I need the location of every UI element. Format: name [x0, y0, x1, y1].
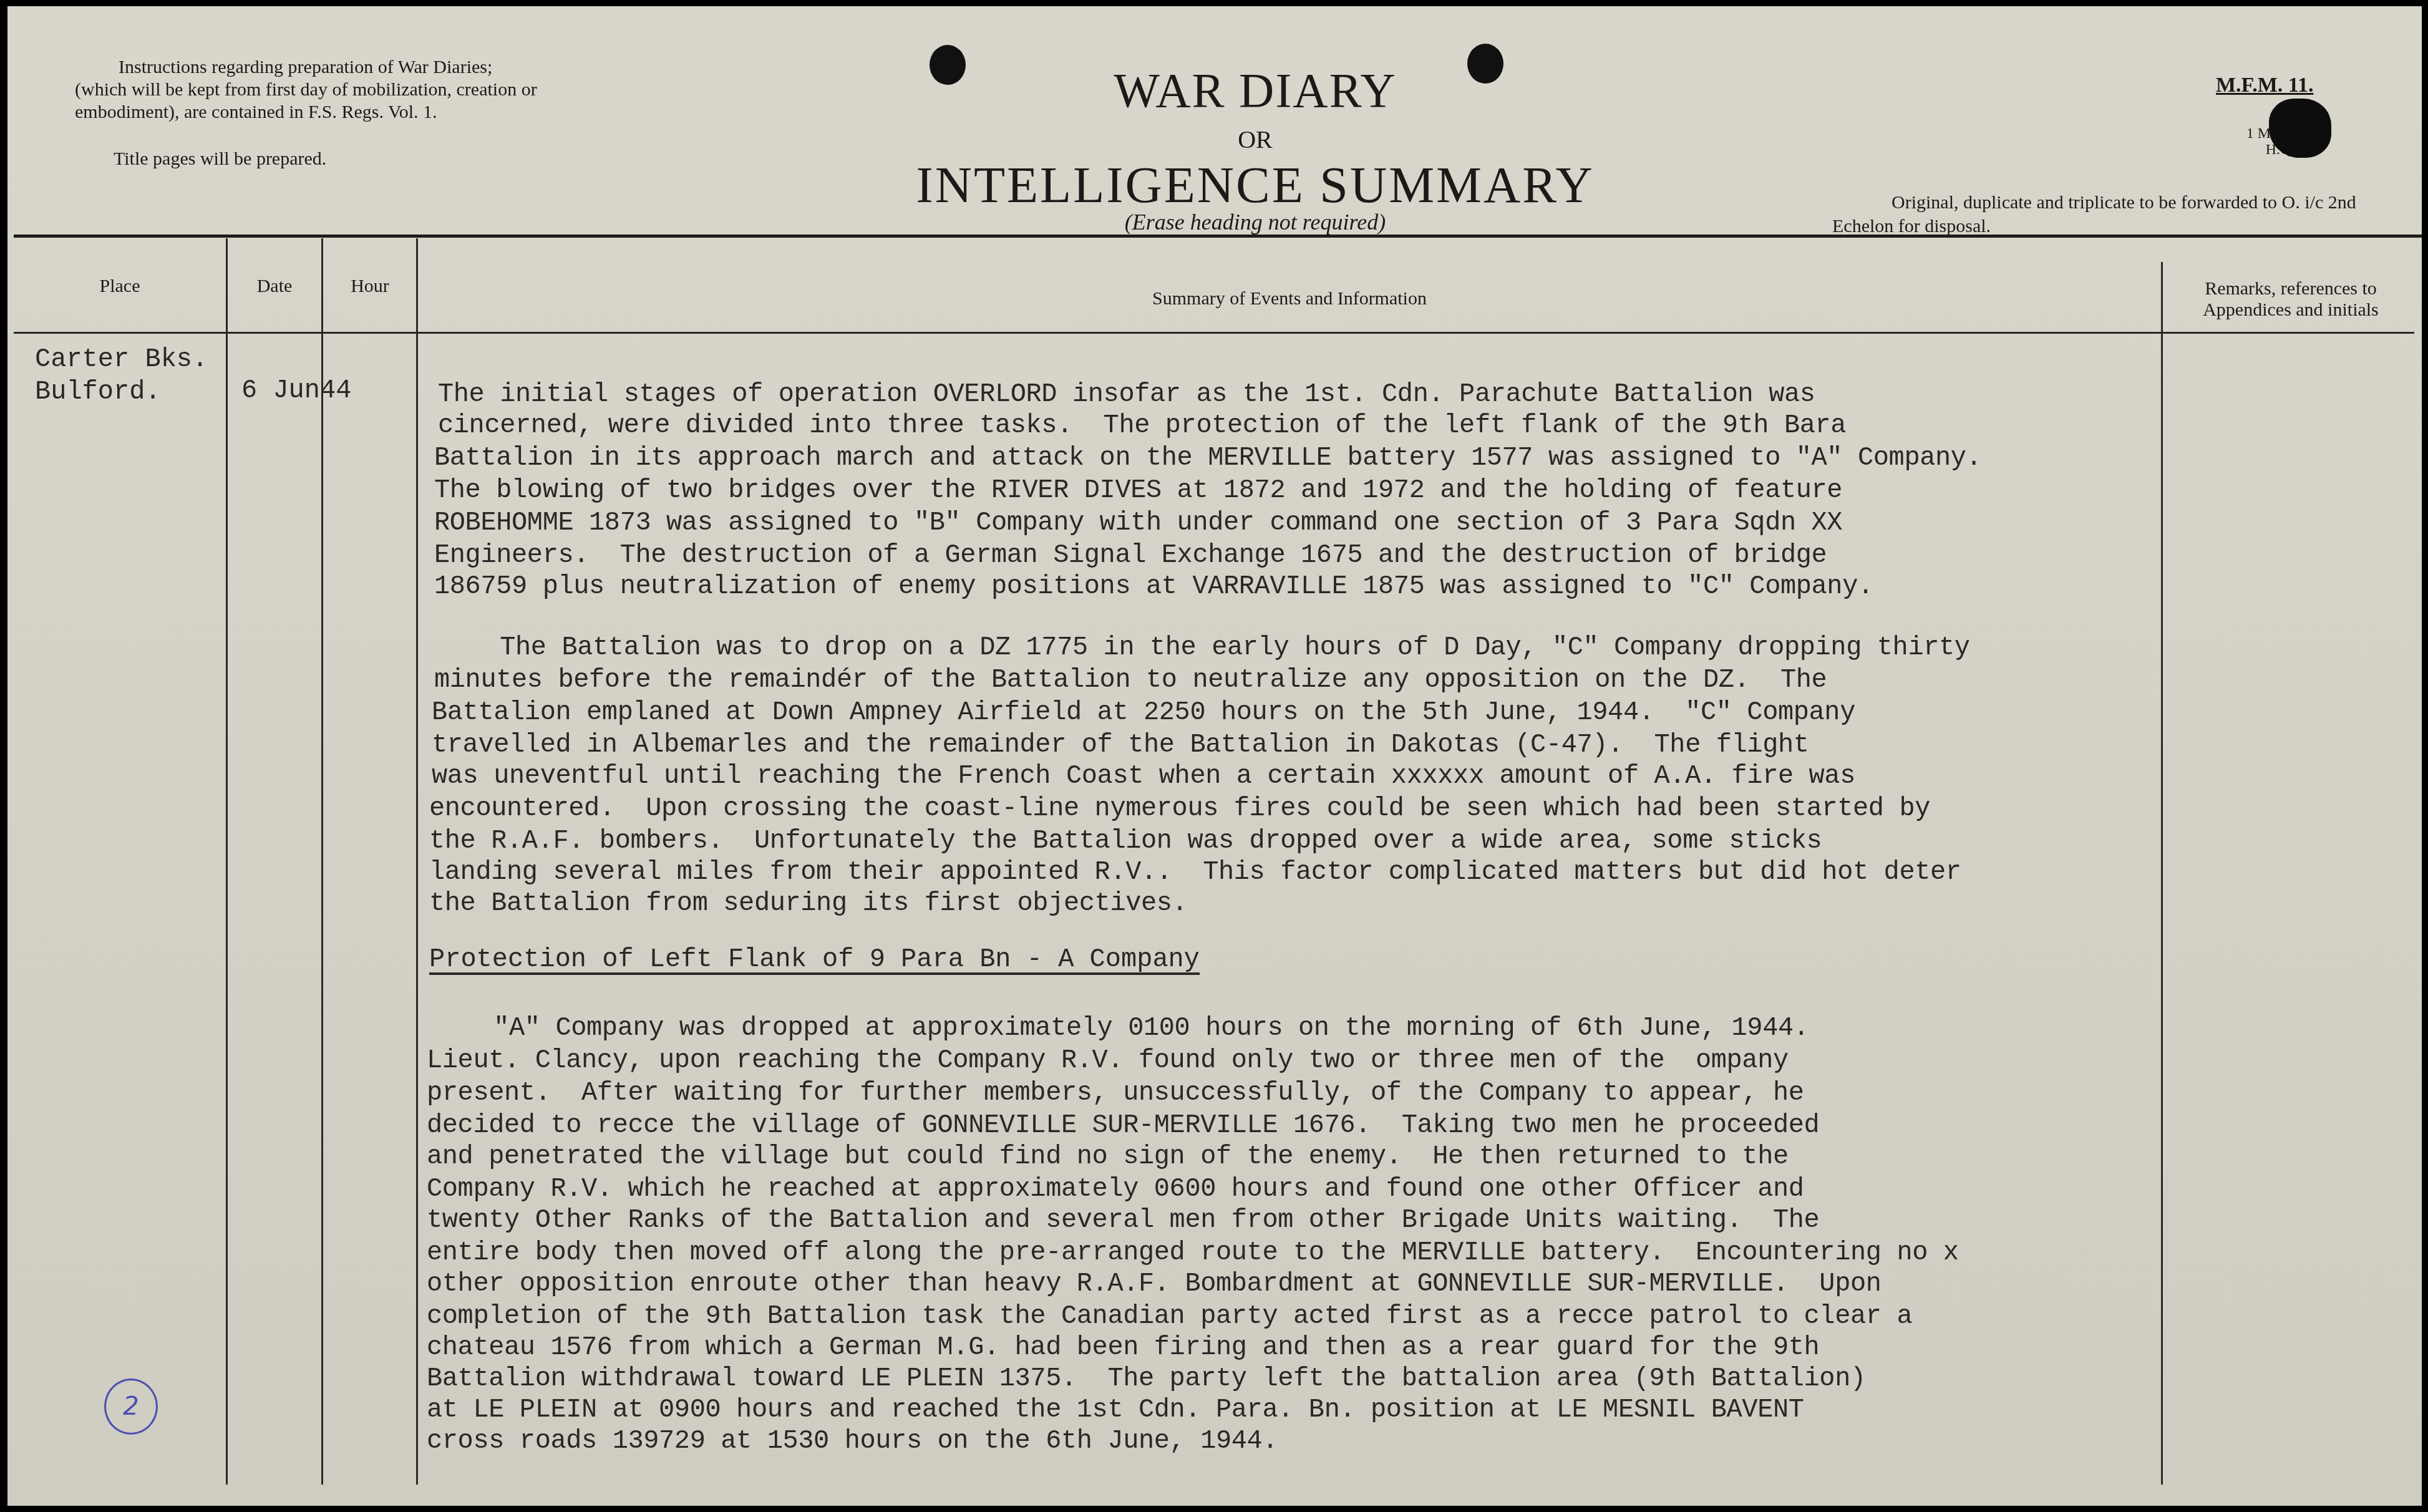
summary-line: landing several miles from their appoint…	[429, 857, 1961, 887]
summary-line: Company R.V. which he reached at approxi…	[427, 1174, 1804, 1204]
summary-line: decided to recce the village of GONNEVIL…	[427, 1110, 1819, 1140]
summary-line: The initial stages of operation OVERLORD…	[438, 379, 1815, 409]
column-divider	[226, 238, 228, 1485]
summary-line: Battalion emplaned at Down Ampney Airfie…	[432, 697, 1855, 727]
document-title: WAR DIARY	[943, 62, 1567, 119]
section-heading: Protection of Left Flank of 9 Para Bn - …	[429, 944, 1200, 974]
summary-line: cincerned, were divided into three tasks…	[438, 410, 1846, 440]
column-header-place: Place	[14, 276, 226, 297]
table-top-rule	[14, 235, 2422, 238]
war-diary-page: Instructions regarding preparation of Wa…	[7, 6, 2422, 1506]
summary-line: cross roads 139729 at 1530 hours on the …	[427, 1426, 1278, 1456]
page-number-annotation: 2	[104, 1379, 158, 1435]
column-header-date: Date	[228, 276, 321, 297]
summary-line: Engineers. The destruction of a German S…	[434, 540, 1827, 570]
erase-note: (Erase heading not required)	[943, 209, 1567, 235]
summary-line: ROBEHOMME 1873 was assigned to "B" Compa…	[434, 508, 1842, 538]
instructions-note: Instructions regarding preparation of Wa…	[75, 56, 549, 124]
summary-line: the R.A.F. bombers. Unfortunately the Ba…	[429, 826, 1822, 856]
form-number: M.F.M. 11.	[2216, 74, 2313, 97]
summary-line: 186759 plus neutralization of enemy posi…	[434, 571, 1873, 601]
summary-line: present. After waiting for further membe…	[427, 1078, 1804, 1108]
summary-line: entire body then moved off along the pre…	[427, 1238, 1959, 1267]
summary-line: twenty Other Ranks of the Battalion and …	[427, 1205, 1819, 1235]
column-header-remarks: Remarks, references to Appendices and in…	[2172, 278, 2409, 321]
place-line: Carter Bks.	[35, 343, 208, 376]
column-header-summary: Summary of Events and Information	[418, 288, 2161, 309]
column-divider	[2161, 262, 2163, 1485]
summary-line: minutes before the remaindér of the Batt…	[434, 665, 1827, 695]
document-subtitle: INTELLIGENCE SUMMARY	[881, 156, 1629, 215]
summary-line: the Battalion from seduring its first ob…	[429, 888, 1187, 918]
summary-line: at LE PLEIN at 0900 hours and reached th…	[427, 1395, 1804, 1425]
summary-line: "A" Company was dropped at approximately…	[432, 1013, 1809, 1043]
summary-line: The blowing of two bridges over the RIVE…	[434, 475, 1842, 505]
title-pages-note: Title pages will be prepared.	[114, 148, 326, 170]
summary-line: Battalion withdrawal toward LE PLEIN 137…	[427, 1364, 1866, 1393]
entry-place: Carter Bks. Bulford.	[35, 343, 208, 408]
forwarding-note: Original, duplicate and triplicate to be…	[1832, 191, 2381, 238]
summary-line: chateau 1576 from which a German M.G. ha…	[427, 1332, 1819, 1362]
summary-line: encountered. Upon crossing the coast-lin…	[429, 793, 1930, 823]
summary-line: was uneventful until reaching the French…	[432, 761, 1855, 791]
column-divider	[321, 238, 323, 1485]
place-line: Bulford.	[35, 376, 208, 408]
instructions-text: Instructions regarding preparation of Wa…	[75, 56, 549, 124]
summary-line: Battalion in its approach march and atta…	[434, 443, 1981, 473]
column-header-hour: Hour	[323, 276, 417, 297]
forwarding-text: Original, duplicate and triplicate to be…	[1832, 191, 2381, 238]
summary-line: Lieut. Clancy, upon reaching the Company…	[427, 1045, 1789, 1075]
title-or: OR	[943, 125, 1567, 154]
summary-line: other opposition enroute other than heav…	[427, 1269, 1882, 1299]
summary-line: The Battalion was to drop on a DZ 1775 i…	[438, 632, 1970, 662]
redaction-mark-icon	[2269, 99, 2331, 158]
header-bottom-rule	[14, 332, 2414, 334]
summary-line: completion of the 9th Battalion task the…	[427, 1301, 1912, 1331]
column-divider	[416, 238, 418, 1485]
summary-line: travelled in Albemarles and the remainde…	[432, 730, 1809, 760]
entry-date: 6 Jun44	[241, 376, 351, 405]
summary-line: and penetrated the village but could fin…	[427, 1141, 1789, 1171]
